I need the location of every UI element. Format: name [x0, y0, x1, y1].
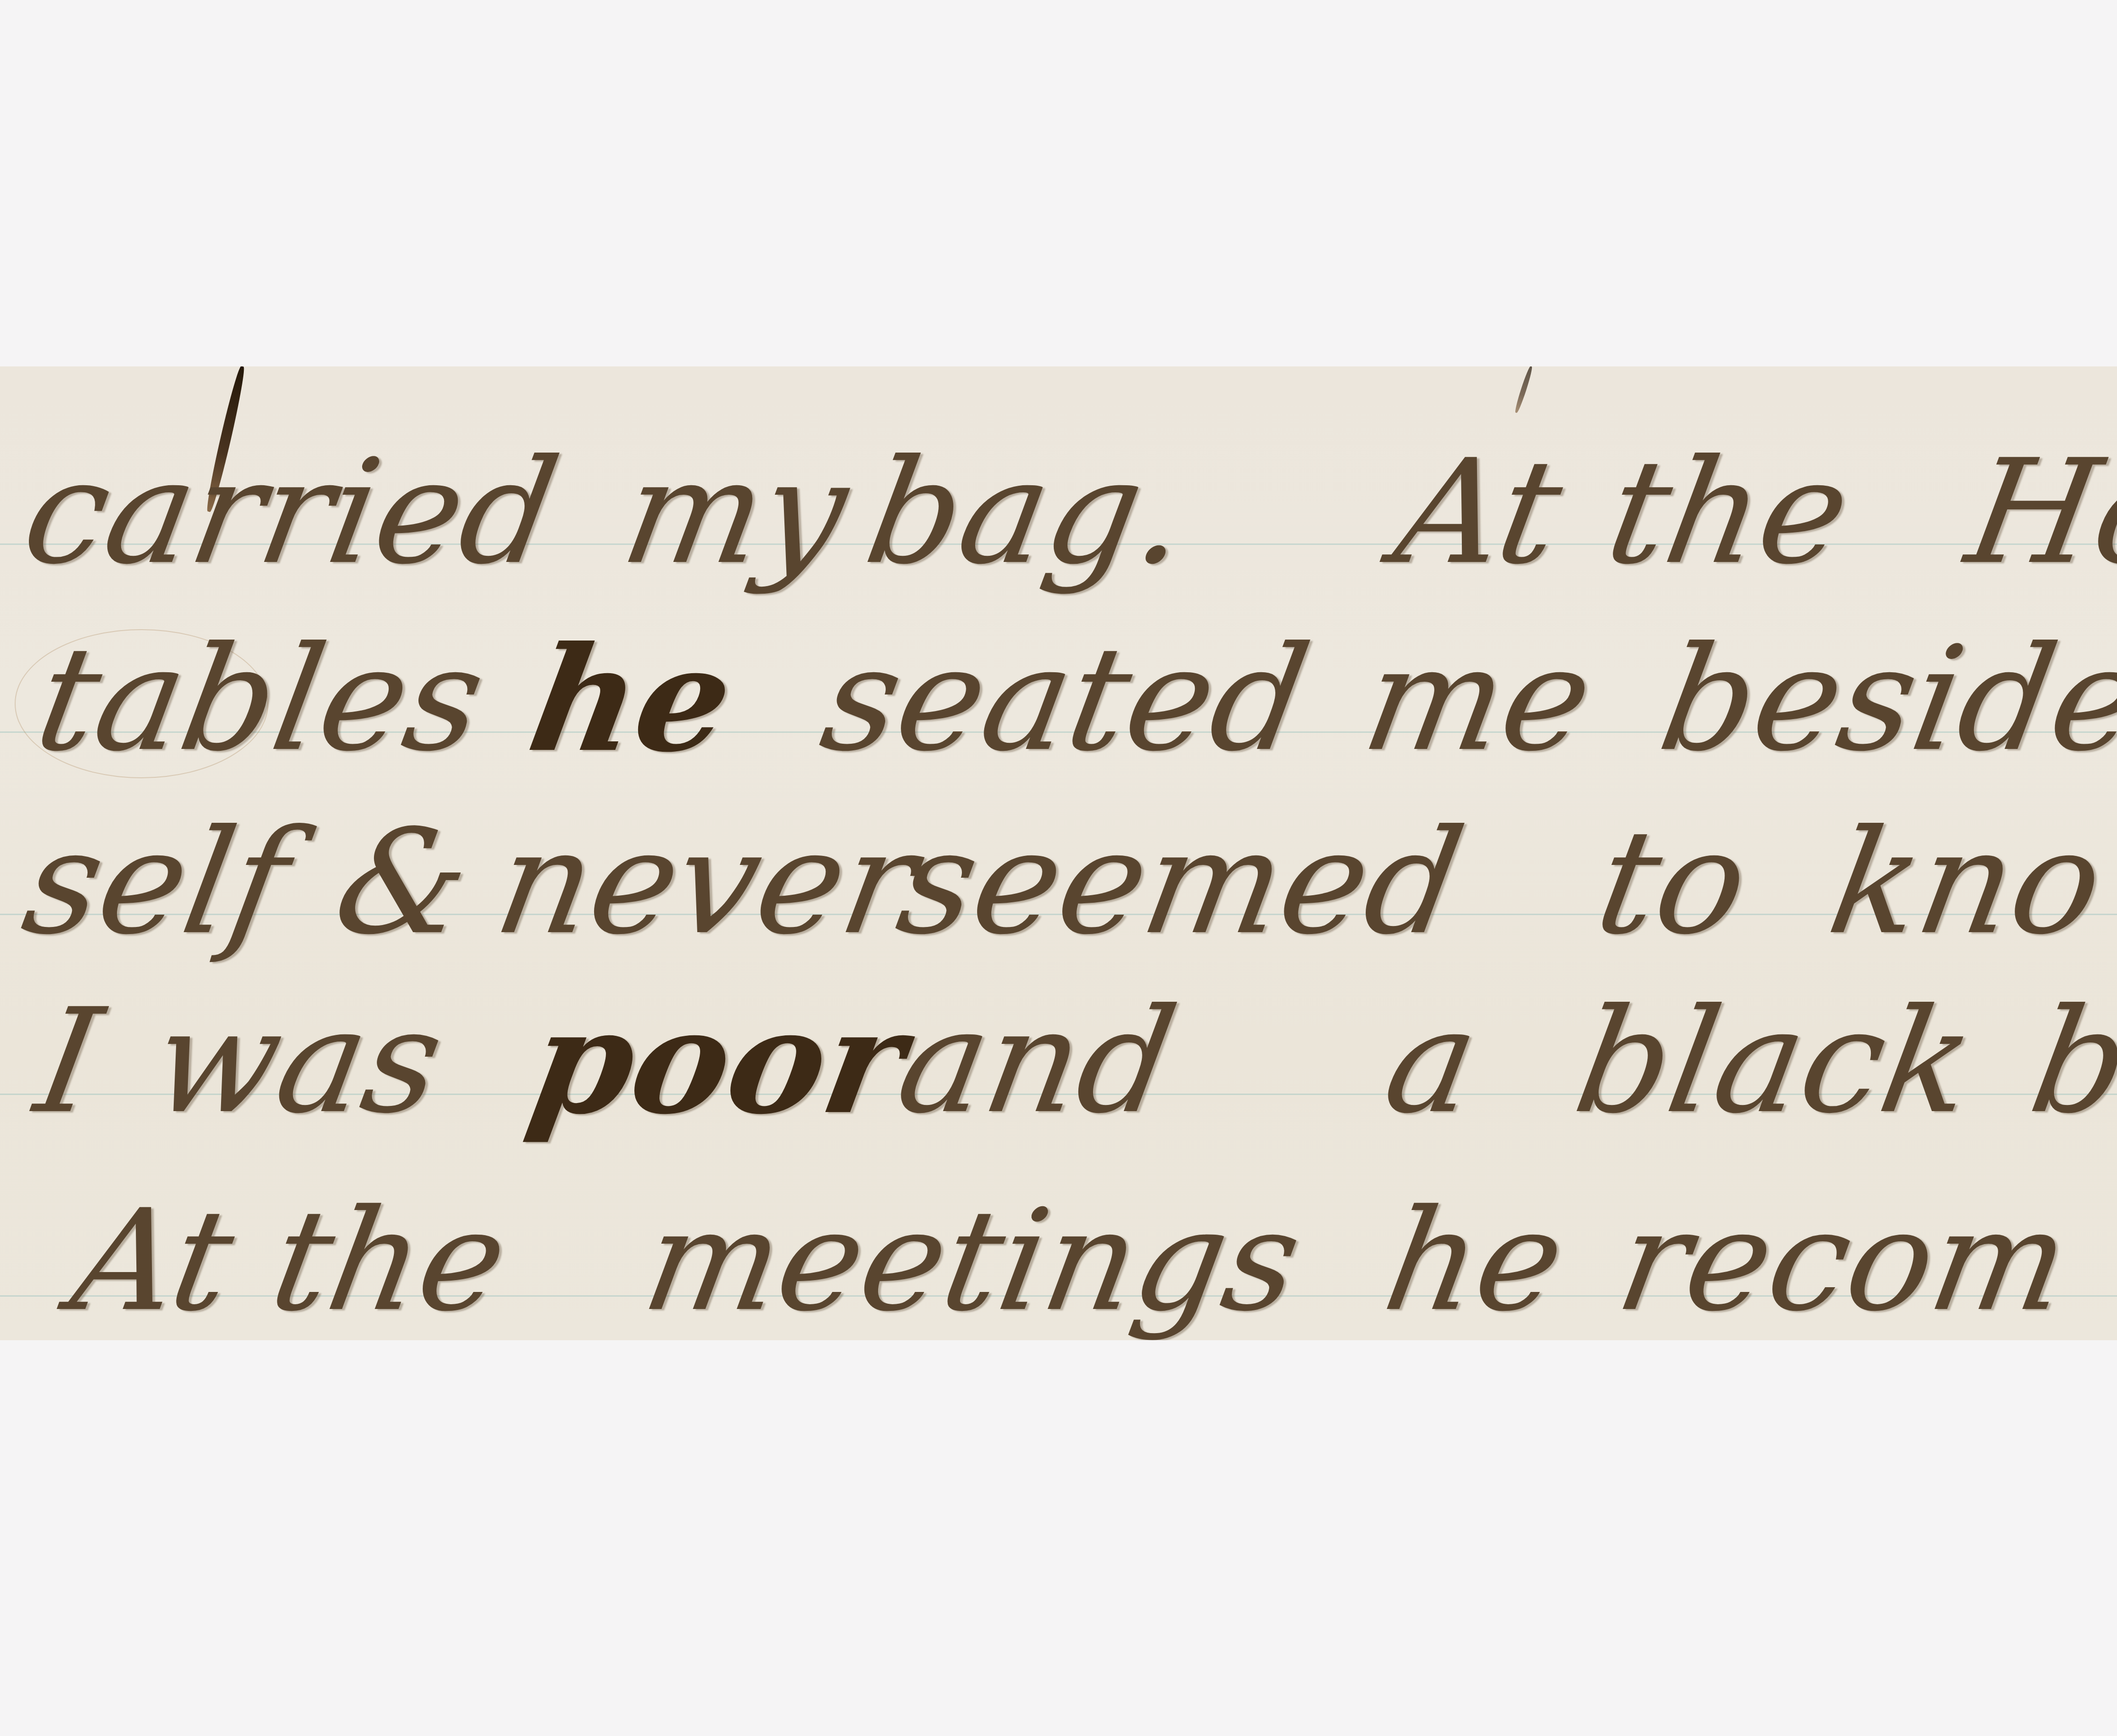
handwritten-word-clipped: Ho [1958, 440, 2117, 584]
handwritten-word-clipped: recom [1609, 1191, 2078, 1331]
handwritten-word-clipped: beside [1651, 627, 2117, 771]
handwritten-word-clipped: bo [2022, 989, 2117, 1133]
handwritten-word: I [27, 989, 110, 1133]
handwritten-word: At [63, 1191, 243, 1331]
manuscript-scan: carried my bag. At the Ho tables he seat… [0, 0, 2117, 1736]
handwritten-word: to [1588, 810, 1758, 954]
handwritten-word: he [1376, 1191, 1574, 1331]
handwritten-word: At [1387, 440, 1571, 584]
handwritten-word: seated [813, 627, 1318, 771]
cutoff-descender-stroke [1513, 366, 1533, 414]
paper-sheet: carried my bag. At the Ho tables he seat… [0, 366, 2117, 1340]
handwritten-word: me [1355, 627, 1602, 771]
handwritten-word: & [326, 810, 480, 954]
handwritten-word: seemed [889, 810, 1473, 954]
handwritten-word: my [614, 440, 857, 584]
handwritten-word: the [1598, 440, 1859, 584]
handwritten-word: poor [521, 989, 915, 1133]
handwritten-word-clipped: kno [1821, 810, 2113, 954]
handwritten-word: carried [15, 440, 568, 584]
handwritten-word: never [487, 810, 926, 954]
handwritten-word: the [263, 1191, 516, 1331]
handwritten-word: tables [27, 627, 494, 771]
handwritten-word: black [1566, 989, 1984, 1133]
handwritten-word: a [1376, 989, 1487, 1133]
handwritten-word: bag. [857, 440, 1199, 584]
handwritten-word: he [521, 627, 742, 771]
handwritten-word: and [889, 989, 1185, 1133]
handwritten-word: was [144, 989, 452, 1133]
handwritten-word: meetings [635, 1191, 1310, 1331]
handwritten-word: self [15, 810, 298, 954]
